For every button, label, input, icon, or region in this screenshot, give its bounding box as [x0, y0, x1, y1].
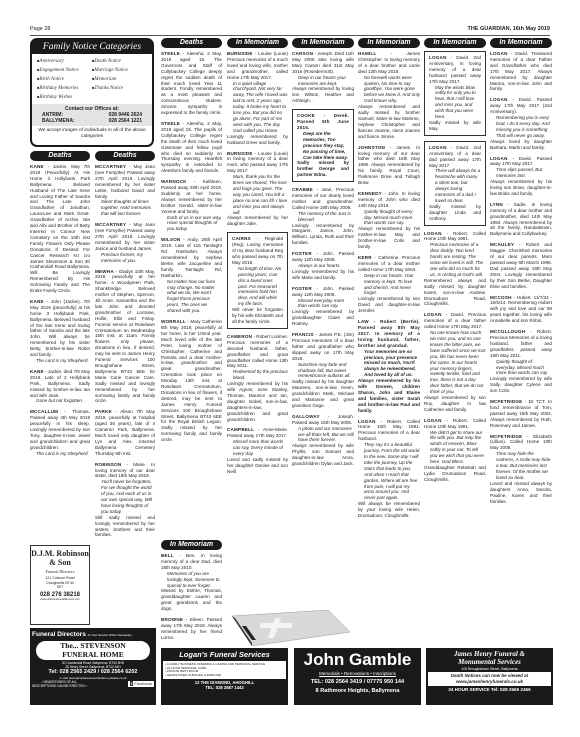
- notice-name: FOSTER: [292, 251, 312, 256]
- logan-tel: TEL: 028 2587 1443: [163, 685, 286, 690]
- notice-verse: The Lord is my Shepherd: [30, 451, 90, 457]
- notice: LAW - Robert (Bertie). Passed away 8th M…: [358, 319, 420, 414]
- notice-signoff: Always remembered by loving son Wilson, …: [292, 86, 354, 104]
- notice-name: BURNSIDE: [227, 151, 253, 156]
- notice-signoff: Lovingly remembered by son David and dau…: [358, 296, 420, 314]
- masthead: THE GUARDIAN, 16th May 2019: [467, 25, 550, 34]
- notice-name: CAIRNS: [232, 236, 251, 241]
- notice-signoff: Sadly missed by his daughter Maureen, so…: [292, 379, 354, 409]
- section-heading: In Memoriam: [227, 38, 288, 48]
- notice-verse: Memories of you are lovingly kept, Someo…: [161, 571, 222, 589]
- notice-name: KERR: [358, 255, 372, 260]
- gamble-services: Memorials • Renovations • Inscriptions: [296, 670, 419, 677]
- bible-icon: [228, 610, 352, 646]
- notice-name: WORRALL: [161, 319, 186, 324]
- notice: LOGAN - Robert. Called Home 10th May 199…: [424, 418, 486, 483]
- notice-signoff: Lovingly remembered by Margaret, Janice,…: [292, 223, 354, 247]
- notice-verse: They say it's a beautiful journey, From …: [358, 442, 420, 501]
- notice-verse: No length of time, No passing years, Can…: [232, 266, 283, 307]
- notice-text: - Aleesha, 2 May, 2019 aged 15. The pupi…: [161, 121, 222, 173]
- notice-verse: Precious forever, my memories of you.: [95, 252, 155, 264]
- notice-name: MCCOSH: [490, 295, 512, 300]
- notice-text: - Sadie. In loving memory of a dear moth…: [490, 202, 552, 237]
- notice-verse: A photo and our memories are all thats l…: [292, 426, 354, 444]
- notice-name: BURNSIDE: [227, 51, 253, 56]
- notice: BROWNE - Eileen. Passed away 17th May 20…: [161, 617, 222, 641]
- notice-verse: Gone but not forgotten: [30, 398, 90, 404]
- notice-name: MCCARTNEY: [95, 164, 126, 169]
- notice-verse: The Lord is my Shepherd.: [30, 358, 90, 364]
- category-item: Engagement Notice: [37, 66, 92, 75]
- logan-service-item: • HEADSTONES SUPPLIED & ERECTED: [165, 674, 284, 678]
- notice-name: KANE: [30, 164, 44, 169]
- stevenson-headstones2: DESCRIPTIONS CAN BE ERECTED •: [32, 684, 87, 688]
- notice-verse: Mum, thank you for the times we shared, …: [227, 174, 288, 215]
- notice-name: MCCARTNEY: [95, 222, 126, 227]
- category-item: Birth Notice: [37, 75, 92, 84]
- notice: FOSTER - John. Passed away 12th May 2008…: [292, 251, 354, 281]
- notice-verse: May the winds blow softly for only you t…: [429, 85, 481, 120]
- notice: MCCULLOUGH - Robert. Precious Memories o…: [490, 329, 552, 394]
- notice: KENNEDY - John. In loving memory of John…: [358, 191, 420, 250]
- notice: HAMILL - James Christopher. In loving me…: [358, 51, 420, 140]
- notice: FRANCIS - James P.E. (Jim) Precious memo…: [292, 332, 354, 409]
- accept-note: We accept images of individuals in all o…: [37, 128, 147, 140]
- notice-name: BROWNE: [161, 617, 183, 622]
- notice-verse: In a quiet village churchyard, Not very …: [227, 81, 288, 134]
- notice: LOGAN - David. Treasured memories of a d…: [490, 51, 552, 92]
- notice: CARSON - Joseph. Died 11th May 2006 also…: [292, 51, 354, 104]
- notice-name: KANE: [30, 299, 44, 304]
- notice-signoff: Loved and sadly missed by her daughter D…: [227, 457, 288, 475]
- notice: LOGAN - David. Passed away 17th May 2017…: [490, 97, 552, 150]
- notice-text: - Thomas. Passed away 4th May 2019 peace…: [30, 409, 90, 449]
- notice-name: CRABBE: [292, 187, 313, 192]
- gamble-address: 8 Rathmore Heights, Ballymena: [296, 687, 419, 695]
- notice: STEELE - Aleesha, 2 May, 2019 aged 15. T…: [161, 121, 222, 174]
- notice-signoff: Remembered always and sadly missed by da…: [424, 278, 486, 308]
- notice-signoff: Still sadly missed and lovingly remember…: [95, 515, 155, 539]
- memoriam-column-3b: In Memoriam BELL - Ben. In loving memory…: [161, 540, 222, 650]
- category-item: Memoriam: [92, 75, 147, 84]
- section-heading: In Memoriam: [424, 38, 486, 48]
- notice: MCFETRIDGE - Dr TCT. In fond remembrance…: [490, 399, 552, 429]
- notice-verse: Time slips passed, But memories last.: [490, 167, 552, 179]
- notice-name: LOGAN: [490, 97, 508, 102]
- notice: CAIRNS - Reginald (Reg). Loving memories…: [227, 232, 288, 329]
- notice-verse: Sunshine may fade and shadows fall, But …: [292, 362, 354, 380]
- henry-tel: 24 HOUR SERVICE Tel: 028 2565 2456: [428, 686, 551, 694]
- notice-signoff: Granddaughter Rebekah and Lydia Drumadoo…: [424, 465, 486, 483]
- notice-name: CAMERON: [227, 334, 252, 339]
- notice: CAMPBELL - Anne-Marie. Passed away 17th …: [227, 427, 288, 474]
- notice-name: MCFETRIDGE: [490, 434, 522, 439]
- notice-verse: The memory of the Just is blessed: [292, 211, 354, 223]
- notice-signoff: Always remembered by wife Phyllis, son S…: [292, 443, 354, 467]
- notice: MEWHA - Gladys 10th May, 2019, peacefull…: [95, 269, 155, 405]
- memoriam-column-8: In Memoriam LOGAN - David. Treasured mem…: [490, 38, 552, 648]
- notice-verse: Missed more than words can say, Every mi…: [227, 439, 288, 457]
- notice-signoff: Lovingly remembered by wife Sally, daugh…: [490, 376, 552, 394]
- notice-name: LOGAN: [490, 51, 508, 56]
- notice-signoff: Always remembered by his mother-in-law M…: [358, 226, 420, 250]
- notice-verse: Time may hide the sadness, A smile may h…: [490, 451, 552, 481]
- notice: WORRALL - Mary Catherine 8th May 2019, p…: [161, 319, 222, 443]
- notice-text: - Gladys 10th May, 2019, peacefully at h…: [95, 269, 155, 404]
- notice-name: LOGAN: [429, 145, 447, 150]
- category-item: Marriage Notice: [92, 66, 147, 75]
- notice-name: KANE: [30, 369, 44, 374]
- notice-name: WARNOCK: [161, 179, 187, 184]
- facebook-label: Facebook: [134, 681, 152, 686]
- notice-signoff: Always remembered by his loving son Bria…: [490, 179, 552, 197]
- notice-verse: Your memories are so precious, your pres…: [358, 349, 420, 379]
- category-item: Death Notice: [92, 57, 147, 66]
- notice: FOSTER - John. Passed away 12th May 2008…: [292, 286, 354, 327]
- notice: MCCALLUM - Thomas. Passed away 4th May 2…: [30, 409, 90, 456]
- notice-signoff: Lovingly remembered by his wife Marie an…: [292, 269, 354, 281]
- category-item: Thanks Notice: [92, 84, 147, 93]
- henry-name2: Monumental Services: [428, 658, 551, 666]
- notice-name: JOHNSTON: [358, 145, 385, 150]
- section-heading: In Memoriam: [161, 540, 222, 550]
- notice-name: FOSTER: [292, 286, 312, 291]
- notice-text: - Robert and Maggie. Cherished memories …: [490, 242, 552, 288]
- notice-signoff: Missed by Esther, Thomas, granddaughter …: [161, 588, 222, 612]
- notice-name: MEWHA: [95, 269, 114, 274]
- notice-verse: Deep are the memories, Too precious they…: [297, 131, 349, 161]
- notice-name: CARSON: [292, 51, 313, 56]
- notice: KANE - John (Jackie). 7th May 2019 (peac…: [30, 299, 90, 364]
- facebook-icon: f Facebook: [128, 681, 154, 687]
- notice-text: - May Jean (nee Forsythe) Passed away 27…: [95, 164, 155, 199]
- notice-name: LYNN: [490, 202, 503, 207]
- notice-text: - James. In loving memory of our dear fa…: [358, 145, 420, 185]
- notice-name: BELL: [161, 553, 174, 558]
- robinson-name: D.J.M. Robinson & Son: [31, 549, 89, 567]
- notice: COOKE - Derek. Passed 5th June 2015.Deep…: [292, 109, 354, 182]
- notice-name: STEELE: [161, 51, 180, 56]
- memoriam-column-5: In Memoriam CARSON - Joseph. Died 11th M…: [292, 38, 354, 598]
- categories-title: Family Notice Categories: [32, 40, 152, 54]
- notice: KERR - Catherine. Precious memories of a…: [358, 255, 420, 314]
- notice: LYNN - Sadie. In loving memory of a dear…: [490, 202, 552, 237]
- notice: BURNSIDE - Louise (Louie) Precious memor…: [227, 51, 288, 146]
- memoriam-column-7: In Memoriam LOGAN - David. 2nd Anniversa…: [424, 38, 486, 648]
- notice-text: - Alison 7th May 2019, peacefully at hos…: [95, 409, 155, 455]
- henry-name: James Henry Funeral &: [428, 650, 551, 658]
- notice: JOHNSTON - James. In loving memory of ou…: [358, 145, 420, 186]
- gamble-tel: TEL: 028 2564 3419 / 07775 950 144: [296, 677, 419, 687]
- notice: LOGAN - David. 2nd Anniversary of a dear…: [424, 141, 486, 226]
- notice-verse: Deep in our hearts your memories are kep…: [292, 75, 354, 87]
- notice-signoff: Sadly missed by wife May.: [429, 120, 481, 132]
- logan-title: Logan's Funeral Services: [163, 650, 286, 660]
- notice-name: FRANCIS: [292, 332, 314, 337]
- notice-verse: We didn't get to share our life with you…: [424, 430, 486, 465]
- section-heading: In Memoriam: [490, 38, 552, 48]
- notice: LOGAN - Robert. Called Home 10th May 199…: [358, 419, 420, 519]
- notice-text: - Kathleen, Passed away 29th April 2019,…: [161, 179, 222, 214]
- notice: KANE - Jackie. May 7th 2019 (Peacefully)…: [30, 164, 90, 294]
- section-heading: Deaths: [30, 151, 90, 161]
- notice-name: LOGAN: [490, 156, 508, 161]
- notice: WILSON - Andy, 26th April 2019. Late of …: [161, 237, 222, 314]
- notice-verse: Precious memories of a dear daddy. Two t…: [424, 242, 486, 277]
- notice-name: LOGAN: [424, 231, 442, 236]
- section-heading: In Memoriam: [292, 38, 354, 48]
- notice-text: - David. Treasured memories of a dear Fa…: [490, 51, 552, 91]
- notice-verse: Deep in our hearts. Your memory is kept.…: [358, 273, 420, 297]
- stevenson-ad: Funeral Directors At Your Service When N…: [30, 628, 156, 705]
- notice: LOGAN - David. Precious memories of a de…: [424, 312, 486, 412]
- notice-name: WILSON: [161, 237, 181, 242]
- robinson-address: 121 Culcrum Road Cloughmills BT44 9DT: [31, 574, 89, 592]
- notice-name: LOGAN: [358, 419, 376, 424]
- notice: PARKE - Alison 7th May 2019, peacefully …: [95, 409, 155, 456]
- notice-verse: Missed everyday more than words can say.: [292, 298, 354, 310]
- notice-name: LOGAN: [424, 418, 442, 423]
- notice-signoff: Always remembered by son Roy, daughter i…: [424, 395, 486, 413]
- notice: CAMERON - Robert Lorimer. Precious memor…: [227, 334, 288, 423]
- notice-signoff: Sadly missed by brother George and partn…: [297, 160, 349, 178]
- stevenson-tel: Tel: 028 2565 2429 / 028 2564 6202: [32, 669, 154, 676]
- notice-signoff: Lovingly remembered by granddaughter Cla…: [292, 309, 354, 327]
- notice-verse: Redeemed by the precious blood.: [227, 369, 288, 381]
- notice-name: ROBINSON: [95, 462, 121, 467]
- section-heading: Deaths: [161, 38, 222, 48]
- notice-name: PARKE: [95, 409, 112, 414]
- notice-signoff: Lovingly remembered by husband Greer and…: [227, 134, 288, 146]
- notice-name: HAMILL: [358, 51, 377, 56]
- notice-signoff: Always remembered by her daughter Julie.: [227, 215, 288, 227]
- section-heading: In Memoriam: [358, 38, 420, 48]
- notice: MCCOSH - Hubert. 11/7/34 - 16/5/14. Reme…: [490, 295, 552, 325]
- notice: LOGAN - David. Passed away 17th May 2017…: [490, 156, 552, 197]
- notice: KANE - Jackie, died 7th May 2019. Late o…: [30, 369, 90, 404]
- notice-verse: No farewell words were spoken, No time t…: [358, 75, 420, 105]
- notice-text: - Andy, 26th April 2019. Late of 115 Tam…: [161, 237, 222, 277]
- notice-verse: No matter how our lives may change, No m…: [161, 279, 222, 314]
- robinson-web: www.robinsonsfuneraldirectors.com: [31, 598, 89, 601]
- memoriam-column-4: In Memoriam BURNSIDE - Louise (Louie) Pr…: [227, 38, 288, 598]
- notice-signoff: Always loved by daughter Barbara, Martin…: [490, 139, 552, 151]
- notice-name: KENNEDY: [358, 191, 382, 196]
- notice-signoff: Lovingly remembered by his wife Agnes, s…: [227, 381, 288, 422]
- notice: ROBINSON - Marie. In loving memory of ou…: [95, 462, 155, 539]
- notice-name: LOGAN: [424, 312, 442, 317]
- notice: MCAULEY - Robert and Maggie. Cherished m…: [490, 242, 552, 289]
- deaths-column-2: Deaths MCCARTNEY - May Jean (nee Forsyth…: [95, 151, 155, 611]
- notice-text: - John (Jackie). 7th May 2019 (peacefull…: [30, 299, 90, 357]
- notice-name: COOKE - Derek. Passed 5th June 2015.: [297, 113, 349, 130]
- contact-offices: Contact our Offices at: ANTRIM:028 9446 …: [32, 104, 152, 126]
- robinson-ad: D.J.M. Robinson & Son Funeral Directors …: [30, 545, 90, 625]
- notice: MCCARTNEY - May Jean (nee Forsythe) Pass…: [95, 164, 155, 217]
- stevenson-name2: FUNERAL HOME: [36, 651, 150, 660]
- logan-services: • A FAMILY BUSINESS OFFERING A CARING AN…: [163, 661, 286, 679]
- gamble-name: John Gamble: [296, 650, 419, 670]
- notice-name: MCFETRIDGE: [490, 399, 522, 404]
- james-henry-ad: James Henry Funeral & Monumental Service…: [426, 648, 553, 705]
- notice-verse: Quietly thought of every day. Missed muc…: [358, 209, 420, 227]
- notice-verse: Remembering you is easy Dad, I do it eve…: [490, 115, 552, 139]
- notice-name: LAW - Robert (Bertie). Passed away 8th M…: [358, 319, 420, 348]
- office-phone: 028 2564 1221: [109, 118, 142, 124]
- stevenson-label: Funeral Directors: [32, 631, 86, 638]
- memoriam-column-6: In Memoriam HAMILL - James Christopher. …: [358, 38, 420, 648]
- notice-name: STEELE: [161, 121, 180, 126]
- notice: MCFETRIDGE - Elizabeth (Lillian). Called…: [490, 434, 552, 505]
- notice-name: LOGAN: [429, 55, 447, 60]
- notice-verse: No one knows how much we miss you, and n…: [424, 330, 486, 395]
- categories-list: AnniversaryDeath NoticeEngagement Notice…: [37, 57, 147, 102]
- deaths-column-3: Deaths STEELE - Aleesha, 2 May, 2019 age…: [161, 38, 222, 548]
- section-heading: Deaths: [95, 151, 155, 161]
- deaths-column-1: Deaths KANE - Jackie. May 7th 2019 (Peac…: [30, 151, 90, 521]
- notice-verse: There will always be a heartache with ma…: [429, 168, 481, 203]
- category-item: Birthday Wishes: [37, 93, 92, 102]
- notice-text: - Jackie. May 7th 2019 (Peacefully) At H…: [30, 164, 90, 293]
- page-header: Page 28 THE GUARDIAN, 16th May 2019: [30, 26, 550, 36]
- notice: GALLOWAY - Joseph. Passed away 15th May …: [292, 414, 354, 467]
- notice-verse: You'll never be forgotten, For we though…: [95, 479, 155, 514]
- notice: WARNOCK - Kathleen, Passed away 29th Apr…: [161, 179, 222, 232]
- notice-name: GALLOWAY: [292, 414, 320, 419]
- notice: BELL - Ben. In loving memory of a dear D…: [161, 553, 222, 612]
- logan-ad: Logan's Funeral Services • A FAMILY BUSI…: [161, 648, 288, 705]
- henry-web: www.jameshenryfunerals.co.uk: [428, 679, 551, 685]
- notice-text: - Robert Lorimer. Precious memories of a…: [227, 334, 288, 369]
- stevenson-tag: At Your Service When Necessary: [88, 633, 132, 637]
- notice-name: MCAULEY: [490, 242, 514, 247]
- notice-verse: Each of us in our own way, Have special …: [161, 215, 222, 233]
- page-number: Page 28: [30, 25, 51, 34]
- notice: LOGAN - David. 2nd Anniversary. In lovin…: [424, 51, 486, 136]
- notice-signoff: Loved and missed always by daughters Ann…: [490, 481, 552, 505]
- notice-signoff: Will never be forgotten by his wife Eliz…: [232, 307, 283, 325]
- notice-name: MCCULLOUGH: [490, 329, 525, 334]
- notice: CRABBE - Jean, Precious memories of our …: [292, 187, 354, 246]
- notice-name: CAMPBELL: [227, 427, 254, 432]
- notice-name: MCCALLUM: [30, 409, 58, 414]
- family-notice-categories: Family Notice Categories AnniversaryDeat…: [30, 38, 154, 147]
- notice-text: - Aleesha, 2 May, 2019 aged 15. The Gove…: [161, 51, 222, 115]
- category-item: Anniversary: [37, 57, 92, 66]
- notice: BURNSIDE - Louise (Louie) In loving memo…: [227, 151, 288, 228]
- notice-verse: Silent thoughts of times together, Hold …: [95, 199, 155, 217]
- gamble-ad: John Gamble Memorials • Renovations • In…: [294, 648, 421, 705]
- category-item: Birthday Memories: [37, 84, 92, 93]
- notice-signoff: Always remembered by his wife Doreen, ch…: [358, 378, 420, 413]
- office-name: BALLYMENA:: [42, 118, 75, 124]
- notice-verse: Quietly thought of everyday. Missed much…: [490, 359, 552, 377]
- notice-signoff: Will always be remembered by your loving…: [358, 501, 420, 519]
- notice: LOGAN - Robert. Called Home 10th May 199…: [424, 231, 486, 308]
- notice: STEELE - Aleesha, 2 May, 2019 aged 15. T…: [161, 51, 222, 116]
- notice: MCCARTNEY - May Jean (nee Forsythe) Pass…: [95, 222, 155, 263]
- notice-text: - Mary Catherine 8th May 2019, peacefull…: [161, 319, 222, 442]
- notice-signoff: Always remembered and sadly missed by br…: [358, 104, 420, 139]
- notice-signoff: Sadly missed by daughter Linda and Antho…: [429, 204, 481, 222]
